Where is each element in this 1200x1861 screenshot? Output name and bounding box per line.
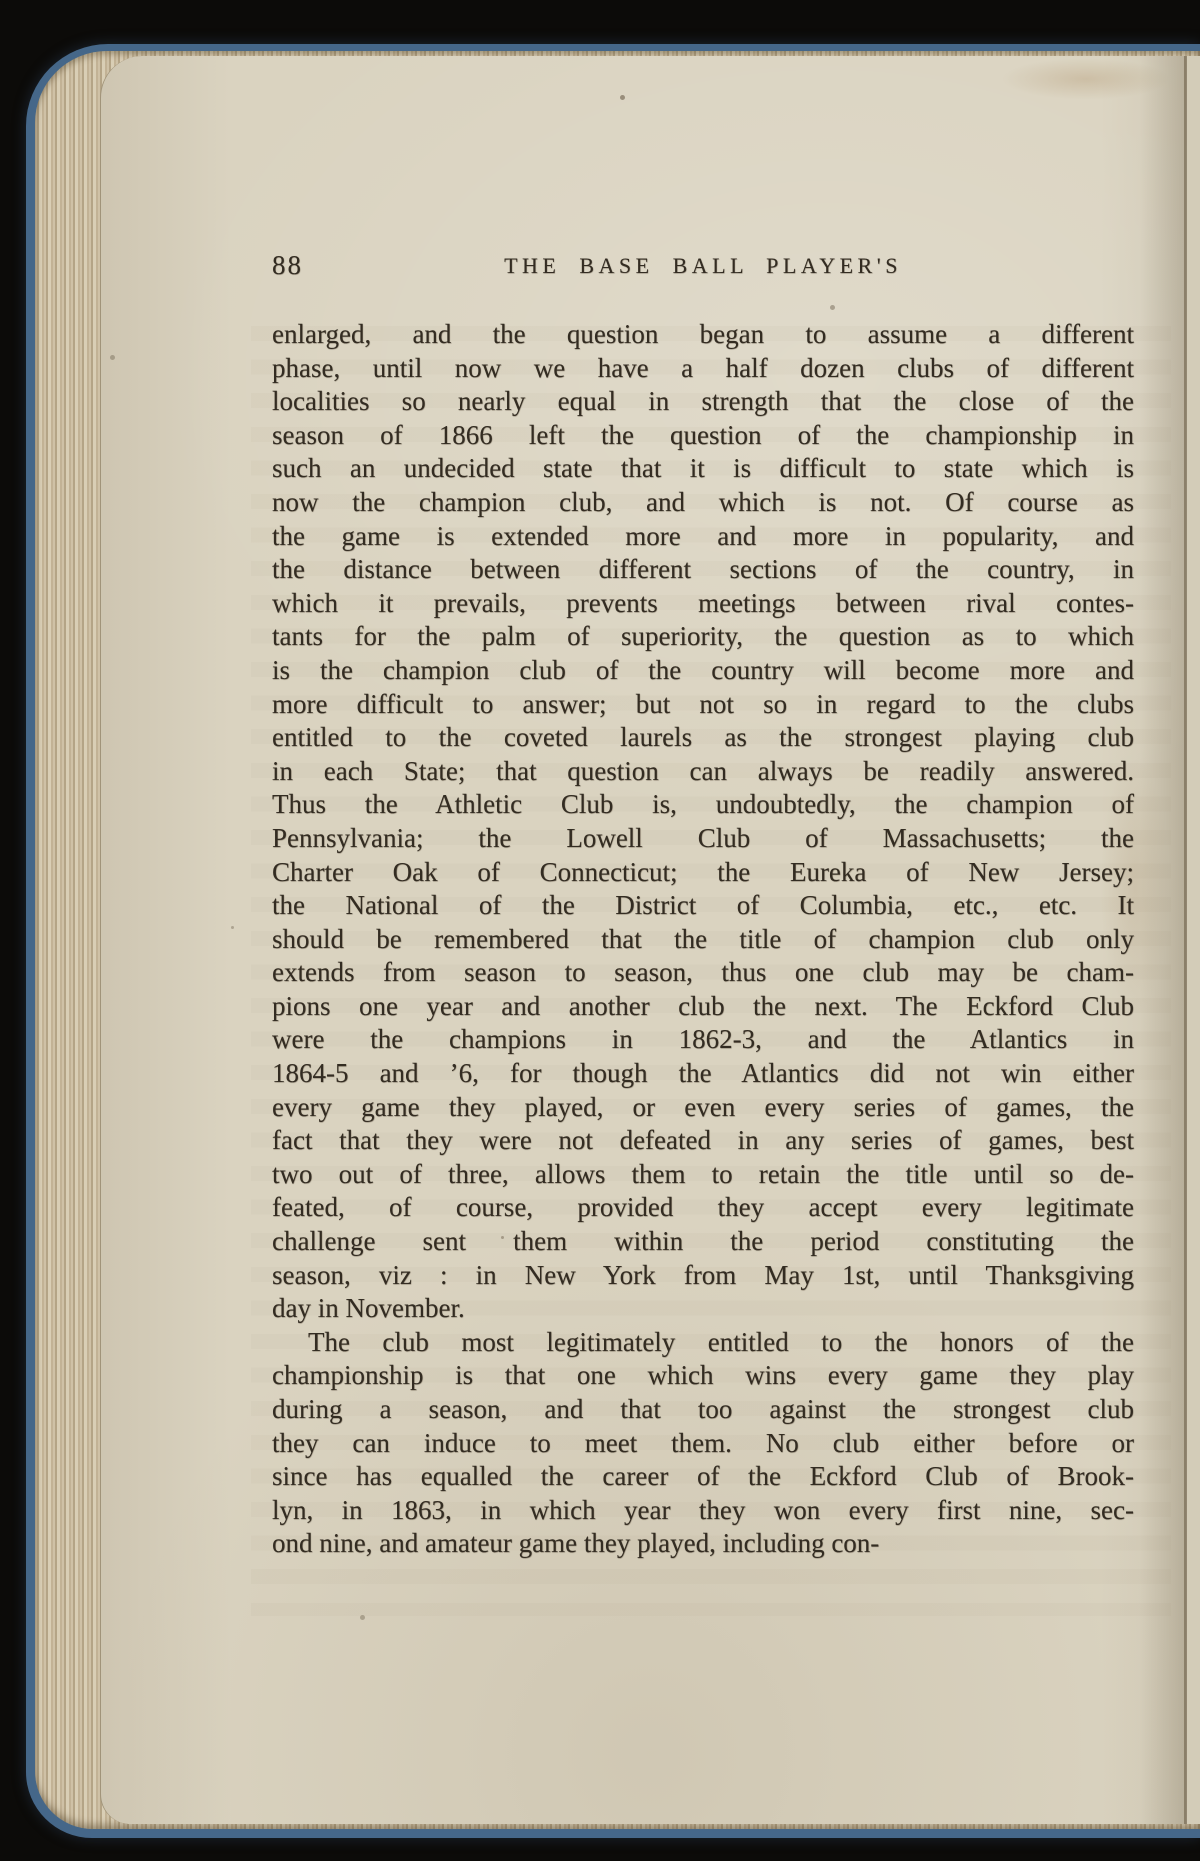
text-line: the National of the District of Columbia… [272, 889, 1134, 923]
text-line: entitled to the coveted laurels as the s… [272, 721, 1134, 755]
text-line: feated, of course, provided they accept … [272, 1191, 1134, 1225]
text-line: tants for the palm of superiority, the q… [272, 620, 1134, 654]
text-line: Pennsylvania; the Lowell Club of Massach… [272, 822, 1134, 856]
text-line: phase, until now we have a half dozen cl… [272, 352, 1134, 386]
paragraph: enlarged, and the question began to assu… [272, 318, 1134, 1326]
page: 88 THE BASE BALL PLAYER'S enlarged, and … [100, 56, 1200, 1824]
text-line: season, viz : in New York from May 1st, … [272, 1259, 1134, 1293]
gutter-strip [1187, 56, 1200, 1824]
text-line: fact that they were not defeated in any … [272, 1124, 1134, 1158]
text-line: season of 1866 left the question of the … [272, 419, 1134, 453]
text-line: championship is that one which wins ever… [272, 1359, 1134, 1393]
text-line: in each State; that question can always … [272, 755, 1134, 789]
text-line: enlarged, and the question began to assu… [272, 318, 1134, 352]
text-line: the distance between different sections … [272, 553, 1134, 587]
text-line: day in November. [272, 1292, 1134, 1326]
text-line: extends from season to season, thus one … [272, 956, 1134, 990]
text-line: which it prevails, prevents meetings bet… [272, 587, 1134, 621]
text-line: two out of three, allows them to retain … [272, 1158, 1134, 1192]
text-line: lyn, in 1863, in which year they won eve… [272, 1494, 1134, 1528]
text-line: every game they played, or even every se… [272, 1091, 1134, 1125]
text-line: should be remembered that the title of c… [272, 923, 1134, 957]
text-line: were the champions in 1862-3, and the At… [272, 1023, 1134, 1057]
text-line: is the champion club of the country will… [272, 654, 1134, 688]
text-line: such an undecided state that it is diffi… [272, 452, 1134, 486]
text-line: challenge sent them within the period co… [272, 1225, 1134, 1259]
paper-specks [101, 56, 104, 59]
text-line: ond nine, and amateur game they played, … [272, 1527, 1134, 1561]
text-line: pions one year and another club the next… [272, 990, 1134, 1024]
text-line: The club most legitimately entitled to t… [272, 1326, 1134, 1360]
running-title: THE BASE BALL PLAYER'S [272, 253, 1134, 279]
text-line: the game is extended more and more in po… [272, 520, 1134, 554]
text-line: they can induce to meet them. No club ei… [272, 1427, 1134, 1461]
paragraph: The club most legitimately entitled to t… [272, 1326, 1134, 1561]
text-line: Thus the Athletic Club is, undoubtedly, … [272, 788, 1134, 822]
text-line: Charter Oak of Connecticut; the Eureka o… [272, 856, 1134, 890]
scan-background: { "page": { "number": "88", "running_tit… [0, 0, 1200, 1861]
running-head: 88 THE BASE BALL PLAYER'S [272, 248, 1134, 284]
body-text: enlarged, and the question began to assu… [272, 318, 1134, 1561]
text-line: 1864-5 and ’6, for though the Atlantics … [272, 1057, 1134, 1091]
text-line: now the champion club, and which is not.… [272, 486, 1134, 520]
text-line: during a season, and that too against th… [272, 1393, 1134, 1427]
text-line: localities so nearly equal in strength t… [272, 385, 1134, 419]
text-line: since has equalled the career of the Eck… [272, 1460, 1134, 1494]
book-scan: 88 THE BASE BALL PLAYER'S enlarged, and … [26, 44, 1200, 1838]
text-line: more difficult to answer; but not so in … [272, 688, 1134, 722]
paper-stain [1001, 58, 1171, 100]
